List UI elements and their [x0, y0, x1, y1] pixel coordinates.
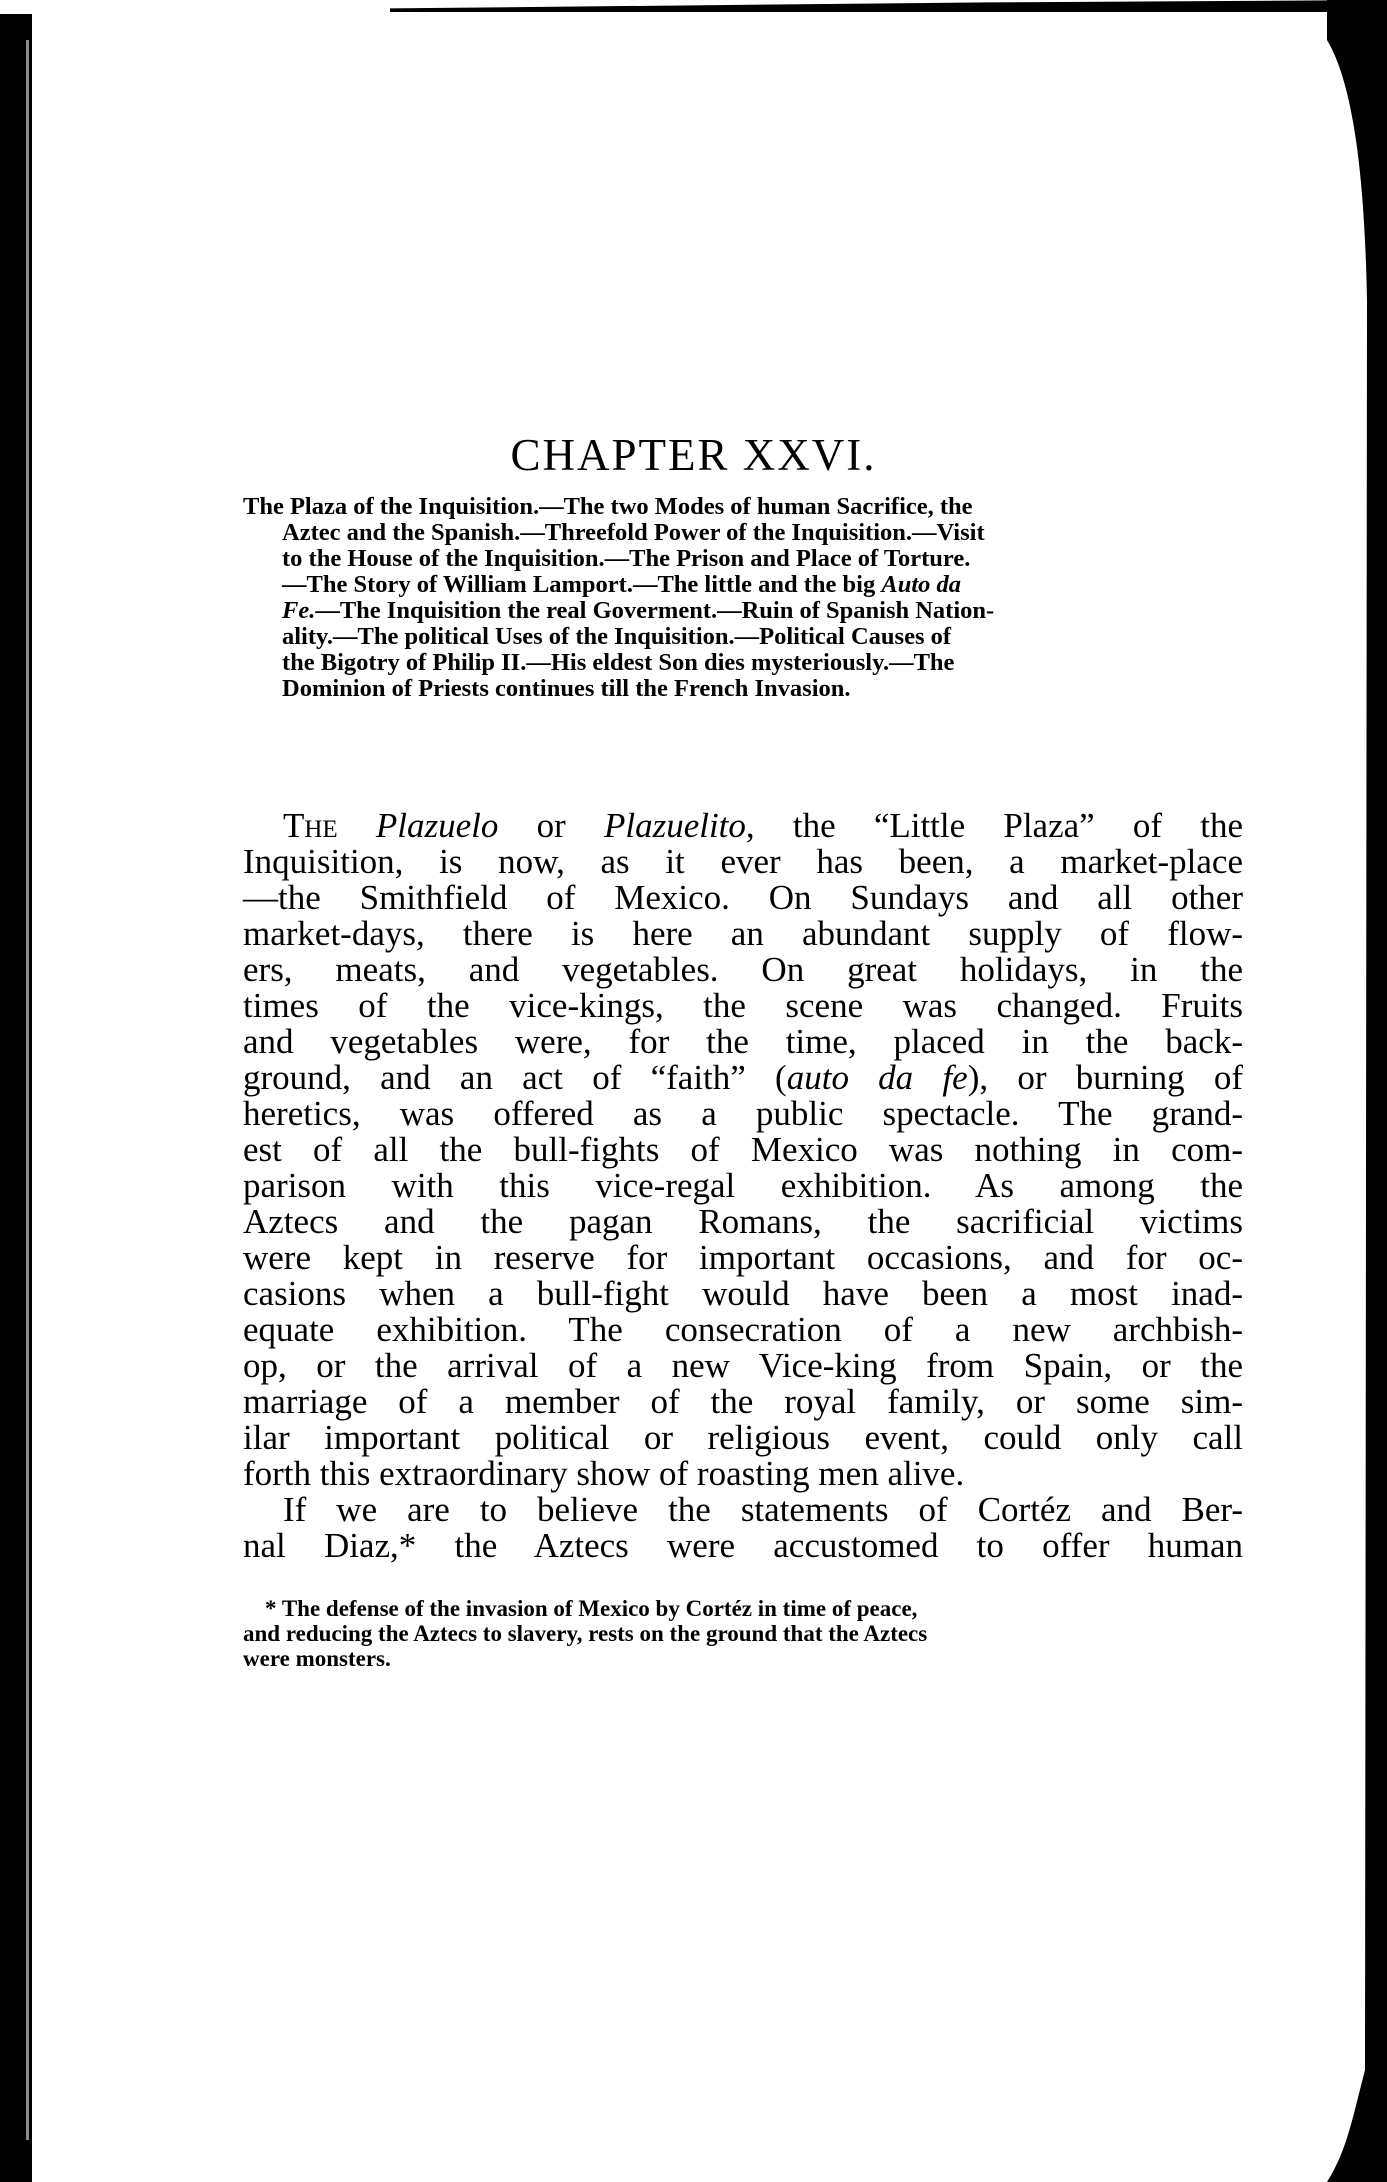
body-line: equate exhibition. The consecration of a… — [243, 1312, 1243, 1348]
synopsis-line: the Bigotry of Philip II.—His eldest Son… — [282, 650, 954, 676]
scanned-book-page: CHAPTER XXVI. The Plaza of the Inquisiti… — [0, 0, 1387, 2182]
body-line: nal Diaz,* the Aztecs were accustomed to… — [243, 1528, 1243, 1564]
scan-top-edge-shadow — [390, 0, 1387, 12]
body-line: ers, meats, and vegetables. On great hol… — [243, 952, 1243, 988]
body-line-first: The Plazuelo or Plazuelito, the “Little … — [283, 808, 1243, 844]
synopsis-line: Dominion of Priests continues till the F… — [282, 676, 851, 702]
synopsis-line: —The Story of William Lamport.—The littl… — [282, 572, 961, 598]
synopsis-line: Fe.—The Inquisition the real Goverment.—… — [282, 598, 994, 624]
body-line: marriage of a member of the royal family… — [243, 1384, 1243, 1420]
body-line-paragraph-start: If we are to believe the statements of C… — [283, 1492, 1243, 1528]
body-line: casions when a bull-fight would have bee… — [243, 1276, 1243, 1312]
body-line: Aztecs and the pagan Romans, the sacrifi… — [243, 1204, 1243, 1240]
synopsis-line: Aztec and the Spanish.—Threefold Power o… — [282, 520, 985, 546]
body-line: heretics, was offered as a public specta… — [243, 1096, 1243, 1132]
body-line: times of the vice-kings, the scene was c… — [243, 988, 1243, 1024]
body-line-text: Plazuelo or Plazuelito, the “Little Plaz… — [376, 806, 1243, 845]
body-line: and vegetables were, for the time, place… — [243, 1024, 1243, 1060]
synopsis-text: —The Story of William Lamport.—The littl… — [282, 571, 961, 598]
body-line: op, or the arrival of a new Vice-king fr… — [243, 1348, 1243, 1384]
body-line: —the Smithfield of Mexico. On Sundays an… — [243, 880, 1243, 916]
chapter-title: CHAPTER XXVI. — [0, 430, 1387, 480]
body-line: parison with this vice-regal exhibition.… — [243, 1168, 1243, 1204]
drop-word: The — [283, 806, 338, 845]
scan-left-edge-highlight — [26, 40, 29, 2140]
body-line: est of all the bull-fights of Mexico was… — [243, 1132, 1243, 1168]
footnote-line: * The defense of the invasion of Mexico … — [265, 1596, 917, 1621]
body-line: market-days, there is here an abundant s… — [243, 916, 1243, 952]
scan-right-edge-shadow — [1327, 0, 1387, 2182]
body-line: Inquisition, is now, as it ever has been… — [243, 844, 1243, 880]
body-line: ground, and an act of “faith” (auto da f… — [243, 1060, 1243, 1096]
body-line: ilar important political or religious ev… — [243, 1420, 1243, 1456]
synopsis-line: to the House of the Inquisition.—The Pri… — [282, 546, 970, 572]
footnote-line: were monsters. — [243, 1646, 391, 1671]
body-line: were kept in reserve for important occas… — [243, 1240, 1243, 1276]
synopsis-line: The Plaza of the Inquisition.—The two Mo… — [243, 494, 973, 520]
synopsis-line: ality.—The political Uses of the Inquisi… — [282, 624, 951, 650]
body-line: forth this extraordinary show of roastin… — [243, 1456, 1243, 1492]
footnote-line: and reducing the Aztecs to slavery, rest… — [243, 1621, 927, 1646]
